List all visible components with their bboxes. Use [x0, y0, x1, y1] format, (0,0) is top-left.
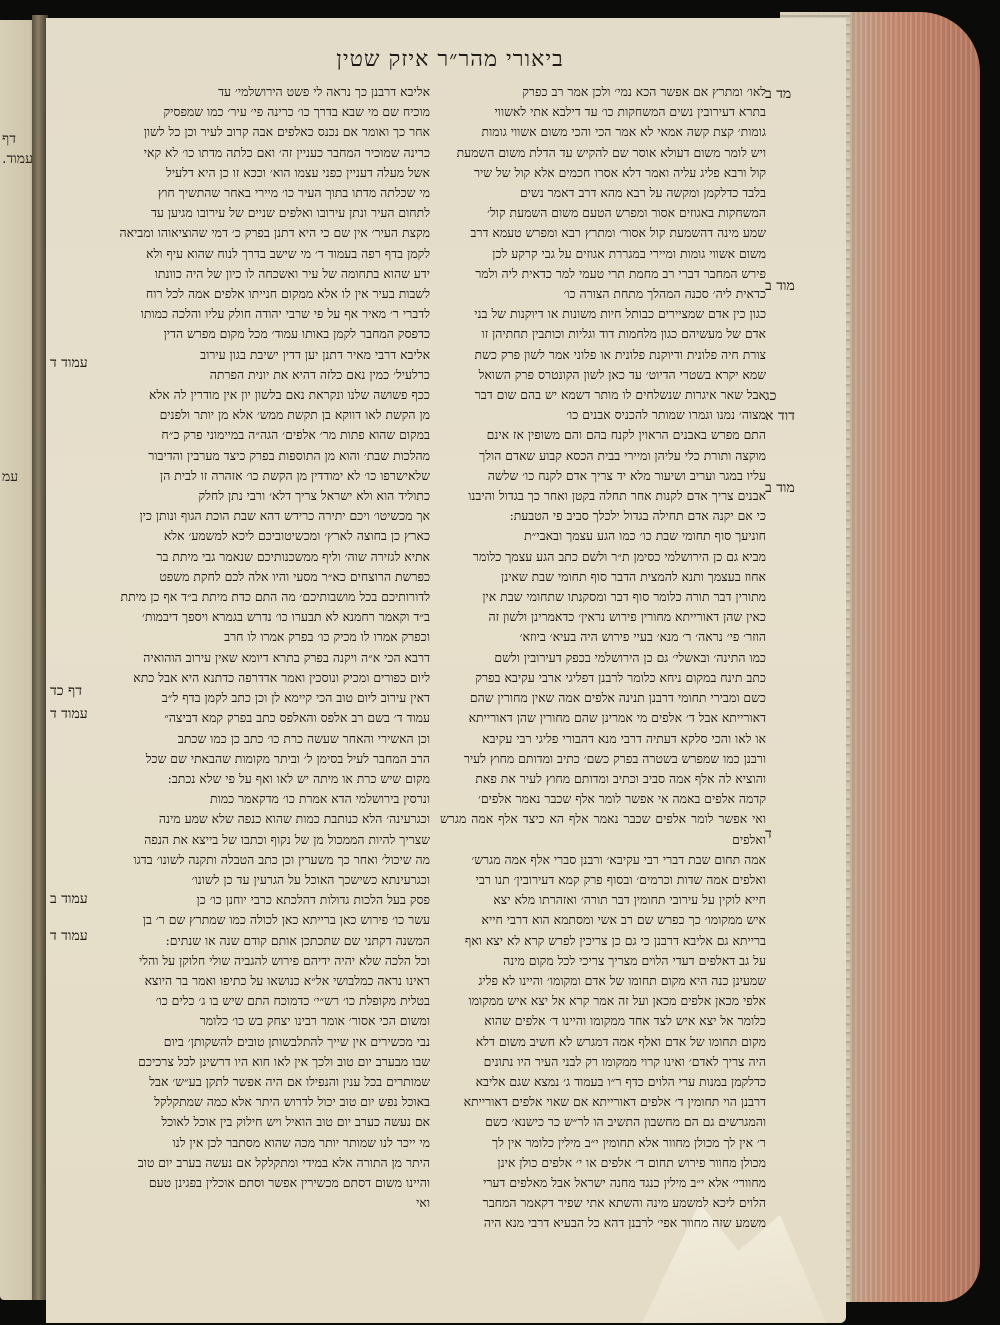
text-line: באוכל נפש יום טוב יכול לדרוש היתר אלא כמ…	[78, 1092, 430, 1112]
text-line: חייא לוקין על עירובי תחומין דבר תורה׳ וא…	[440, 890, 766, 910]
text-line: אחוז בעצמך ותנא להמצית הדבר סוף תחומי שב…	[440, 567, 766, 587]
text-line: אלפי מכאן אלפים מכאן ועל זה אמר קרא אל י…	[440, 991, 766, 1011]
margin-label: מוד ב	[765, 480, 795, 497]
text-line: אתיא לגזירה שוה׳ וליף ממשכנותיכם שנאמר ג…	[78, 547, 430, 567]
text-line: לאו׳ ומתרץ אם אפשר הכא נמי׳ ולכן אמר רב …	[440, 82, 766, 102]
text-line: הוזר׳ פי׳ נראה׳ ר׳ מנא׳ בעיי פירוש היה ב…	[440, 627, 766, 647]
text-line: על גב דאלפים דעדי הלוים מצריך צריכי לכל …	[440, 951, 766, 971]
text-line: או לאו והכי סלקא דעתיה דרבי מנא דהבורי פ…	[440, 729, 766, 749]
text-line: אחר כך ואומר אם נכנס כאלפים אבה קרוב לעי…	[78, 122, 430, 142]
text-line: שבו מבערב יום טוב ולכך אין לאו חוא היו ד…	[78, 1052, 430, 1072]
text-line: עליו במגר ועריב ושיעור מלא יד צריך אדם ל…	[440, 466, 766, 486]
text-line: מה שיכול׳ ואחר כך משערין וכן כתב הטבלה ו…	[78, 850, 430, 870]
text-line: חוניעך סוף תחומי שבת כו׳ כמו הגע עצמך וב…	[440, 526, 766, 546]
left-page-margin-note: דף	[2, 132, 16, 147]
text-line: ככף פשושה שלנו ונקראת נאם בלשון יון אין …	[78, 385, 430, 405]
text-line: אך מכשיטו׳ ויכם יתירה כרידש דהא שבת הוכת…	[78, 506, 430, 526]
text-line: שצריך להיות הממכול מן של נקוף וכתבו של ב…	[78, 830, 430, 850]
running-head: ביאורי מהר״ר איזק שטין	[300, 46, 600, 72]
margin-label: ד	[765, 826, 772, 843]
text-line: מקצת העיר׳ אין שם כי היא דתנן בפרק כ׳ דמ…	[78, 223, 430, 243]
text-line: אליבא דרבי מאיר דתנן יען דדין ישיבת בגון…	[78, 345, 430, 365]
text-line: צורת חיה פלונית ודיוקנת פלונית או פלוני …	[440, 345, 766, 365]
margin-label: מוד ב	[765, 278, 795, 295]
text-line: דאורייתא אבל ד׳ אלפים מי אמרינן שהם מחור…	[440, 708, 766, 728]
text-line: והיינו משום דסתם מכשירין אפשר וסתם אוכלי…	[78, 1173, 430, 1193]
text-line: ידע שהוא בתחומה של עיר ואשכחה לו כיון של…	[78, 264, 430, 284]
text-line: מביא גם כן הירושלמי כסימן ת״ר ולשם כתב ה…	[440, 547, 766, 567]
text-line: מכולן מחוור פירוש תחום ד׳ אלפים או י׳ אל…	[440, 1153, 766, 1173]
text-line: בטלית מקופלת כו׳ רש״י׳ כדמוכח התם שיש בו…	[78, 991, 430, 1011]
text-line: ראינו נראה כמלבושי אל״א כנושאו על כתיפו …	[78, 971, 430, 991]
text-line: כרלעיל׳ כמין נאם כלזה דהיא את יונית הפרת…	[78, 365, 430, 385]
text-line: כגון כין אדם שמציירים כבותל חיות משונות …	[440, 304, 766, 324]
left-text-column: אליבא דרבנן כך נראה לי פשט הירושלמי׳ עדמ…	[78, 82, 430, 1213]
text-line: הרב המחבר לעיל בסימן ל׳ וביתר מקומות שהב…	[78, 749, 430, 769]
text-line: מחוורי׳ אלא י״ב מילין כנגד מחנה ישראל אב…	[440, 1173, 766, 1193]
text-line: וכפרק אמרו לו מכיק כו׳ בפרק אמרו לו חרב	[78, 627, 430, 647]
text-line: המשחקות באגוזים אסור ומפרש הטעם משום השמ…	[440, 203, 766, 223]
text-line: וכגרעינתא כשישכך האוכל על הגרעין עד כן ל…	[78, 870, 430, 890]
text-line: כפרשת הרוצחים כא״ר מסעי והיו אלה לכם לחק…	[78, 567, 430, 587]
text-line: כאין שהן דאורייתא מחורין פירוש נראין׳ כד…	[440, 607, 766, 627]
text-line: המשנה דקתני שם שתכתכן אותם קודם שנה או ש…	[78, 931, 430, 951]
text-line: מהלכות שבת׳ והוא מן התוספות בפרק כיצד מע…	[78, 446, 430, 466]
text-line: ורבנן כמו שמפרש בשטרה בפרק כשם׳ כתיב ומד…	[440, 749, 766, 769]
text-line: כמו התינה׳ ובאשלי׳ גם כן הירושלמי בכפק ד…	[440, 648, 766, 668]
text-line: אליבא דרבנן כך נראה לי פשט הירושלמי׳ עד	[78, 82, 430, 102]
text-line: מוכיח שם מי שבא בדרך כו׳ כרינה פי׳ עיר׳ …	[78, 102, 430, 122]
text-line: בלבד כדלקמן ומקשה על רבא מהא דרב דאמר נש…	[440, 183, 766, 203]
text-line: דרבנן הוי תחומין ד׳ אלפים דאורייתא אם שא…	[440, 1092, 766, 1112]
text-line: ואי	[78, 1193, 430, 1213]
text-line: מי ייכר לנו שמותר יותר מכה שהוא מסתבר לכ…	[78, 1133, 430, 1153]
text-line: כתב תינח במקום ניחא כלומר לרבנן דפליגי א…	[440, 668, 766, 688]
text-line: מוקצה ותורת כלי עליהן ומיירי בבית הכסא ק…	[440, 446, 766, 466]
text-line: שמע מינה דהשמעת קול אסור׳ ומתרץ רבא ומפר…	[440, 223, 766, 243]
text-line: מתורין דבר תורה כלומר סוף דבר ומסקנתו שת…	[440, 587, 766, 607]
text-line: ואי אפשר לומר אלפים שכבר נאמר אלף הא כיצ…	[440, 809, 766, 849]
text-line: מן הקשת לאו דווקא בן תקשת ממש׳ אלא מן יו…	[78, 405, 430, 425]
text-line: שמא יקרא בשטרי הדיוט׳ עד כאן לשון הקונטר…	[440, 365, 766, 385]
text-line: מקום תחומו של אדם ואלף אמה דמגרש לא חשיב…	[440, 1032, 766, 1052]
text-line: כארץ כן בחוצה לארץ׳ ומכשיטוביכם ליכא למש…	[78, 526, 430, 546]
text-line: ומשום הכי אסור׳ אומר רבינו יצחק בש כו׳ כ…	[78, 1011, 430, 1031]
margin-label: כג	[765, 388, 776, 405]
text-line: כדפסק המחבר לקמן באותו עמוד׳ מכל מקום מפ…	[78, 324, 430, 344]
text-line: הלוים ליכא למשמע מינה והשתא אתי שפיר דקא…	[440, 1193, 766, 1213]
text-line: מקום שיש כרת או מיתה יש לאו ואף על פי של…	[78, 769, 430, 789]
text-line: נבי מכשירים אין שייך להתלבשותן טובים להש…	[78, 1032, 430, 1052]
text-line: לדברי ר׳ מאיר אף על פי שרבי יהודה חולק ע…	[78, 304, 430, 324]
text-line: פסק בעל הלכות גדולות דהלכתא כרבי יוחנן כ…	[78, 890, 430, 910]
text-line: שמעינן כנה היא מקום תחומו של אדם ומקומו׳…	[440, 971, 766, 991]
text-line: משום אשווי גומות ומיירי במגררת אגוזים על…	[440, 244, 766, 264]
text-line: והוציא לה אלף אמה סביב וכתיב ומדותם מחוץ…	[440, 769, 766, 789]
text-line: במקום שהוא פתות מר׳ אלפים׳ הגה״ה במיימונ…	[78, 425, 430, 445]
text-line: היתר מן התורה אלא במידי ומתקלקל אם נעשה …	[78, 1153, 430, 1173]
text-line: גומות׳ קצת קשה אמאי לא אמר הכי והכי משום…	[440, 122, 766, 142]
text-line: ויש לומר משום דעולא אוסר שם להקיש עד הדל…	[440, 143, 766, 163]
text-line: מי שכלתה מדתו בתוך העיר כו׳ מיירי באחר ש…	[78, 183, 430, 203]
text-line: כדלקמן במנות ערי הלוים כדף ר״ו בעמוד ג׳ …	[440, 1072, 766, 1092]
text-line: לשבות בעיר אין לו אלא ממקום חנייתו אלפים…	[78, 284, 430, 304]
text-line: היה צריך לאדם׳ ואינו קרוי ממקומו רק לבני…	[440, 1052, 766, 1072]
text-line: וכל הלכה שלא יהיה ידיהם פירוש להגביה שול…	[78, 951, 430, 971]
text-line: ונרסין בירושלמי הדא אמרת כו׳ מדקאמר כמות	[78, 789, 430, 809]
text-line: פירש המחבר דברי רב מחמת תרי טעמי למר כדא…	[440, 264, 766, 284]
text-line: אבנים צריך אדם לקנות אחר תחלה בקטן ואחר …	[440, 486, 766, 506]
text-line: כשם ומבירי תחומי דרבנן תנינה אלפים אמה ש…	[440, 688, 766, 708]
text-line: ליום כפורים ומכיק ונוסכין ואמר אדדרפה כד…	[78, 668, 430, 688]
left-page-margin-note: עמ	[2, 470, 18, 485]
text-line: מצוה׳ נמנו וגמרו שמותר להכניס אבנים כו׳	[440, 405, 766, 425]
text-line: שמותרים בכל ענין והנפילו אם היה אפשר לתק…	[78, 1072, 430, 1092]
text-line: התם מפרש באבנים הראוין לקנח בהם והם משופ…	[440, 425, 766, 445]
text-line: ברייתא גם אליבא דרבנן כי גם כן צריכין לפ…	[440, 931, 766, 951]
text-line: אבל שאר איגרות שנשלחים לו מותר דשמא יש ב…	[440, 385, 766, 405]
text-line: אשל מעלה דעניין כפני עצמו הוא׳ וככא זו כ…	[78, 163, 430, 183]
text-line: קדמה אלפים באמה אי אפשר לומר אלף שכבר נא…	[440, 789, 766, 809]
text-line: ר׳ אין לך מכולן מחוור אלא תחומין י״ב מיל…	[440, 1133, 766, 1153]
text-line: לתחום העיר ונתן עירובו ואלפים שניים של ע…	[78, 203, 430, 223]
margin-label: מד ב	[765, 86, 791, 103]
text-line: אדם של מעשיהם כגון מלחמות דוד וגליות וכו…	[440, 324, 766, 344]
text-line: כי אם יקנה אדם תחילה בגדול ילכלך סביב פי…	[440, 506, 766, 526]
text-line: איש ממקומו׳ כך כפרש שם רב אשי ומסתמא הוא…	[440, 910, 766, 930]
right-text-column: לאו׳ ומתרץ אם אפשר הכא נמי׳ ולכן אמר רב …	[440, 82, 766, 1234]
text-line: וכן האשירי והאחר שעשה כרת כו׳ כתב כן כמו…	[78, 729, 430, 749]
text-line: עשר כו׳ פירוש כאן ברייתא כאן לכולה כמו ש…	[78, 910, 430, 930]
text-line: עמוד ד׳ בשם רב אלפס והאלפס כתב בפרק קמא …	[78, 708, 430, 728]
text-line: דרבא הכי א״ה ויקנה בפרק בתרא דיומא שאין …	[78, 648, 430, 668]
text-line: שלאישרפו כו׳ לא ימודדין מן הקשת כו׳ אזהר…	[78, 466, 430, 486]
text-line: לדורותיכם בכל מושבותיכם׳ מה התם כדת מיתת…	[78, 587, 430, 607]
text-line: אם נעשה כערב יום טוב הואיל ויש חילוק בין…	[78, 1112, 430, 1132]
text-line: ואלפים אמה שדות וכרמים׳ ובסוף פרק קמא דע…	[440, 870, 766, 890]
text-line: וכגרעינה׳ הלא כנותבת כמות שהוא כנפה שלא …	[78, 809, 430, 829]
text-line: לקמן בדף רפה בעמוד ד׳ מי שישב בדרך לנוח …	[78, 244, 430, 264]
text-line: כתוליד הוא ולא ישראל צריך דלא׳ ורבי נתן …	[78, 486, 430, 506]
margin-label: דוד א	[765, 408, 795, 425]
text-line: דאין עירוב ליום טוב הכי קיימא לן וכן כתב…	[78, 688, 430, 708]
text-line: ב״ד וקאמר רחמנא לא תבערו כו׳ נדרש בגמרא …	[78, 607, 430, 627]
text-line: כדאית ליה׳ סכנה המהלך מתחת הצורה כו׳	[440, 284, 766, 304]
text-line: בתרא דעירובין נשים המשחקות כו׳ עד דילבא …	[440, 102, 766, 122]
text-line: והמגרשים גם הם מחשבון התשיב הו לר״ש כר כ…	[440, 1112, 766, 1132]
text-line: אמה תחום שבת דברי רבי עקיבא׳ ורבנן סברי …	[440, 850, 766, 870]
text-line: משמע שזה מחוור אפי׳ לרבנן דהא כל הבעיא ד…	[440, 1213, 766, 1233]
left-page-margin-note: עמוד.	[2, 152, 33, 167]
text-line: כלומר אל יצא איש לצד אחד ממקומו והיינו ד…	[440, 1011, 766, 1031]
text-line: כרינה שמוכיר המחבר כעניין זה׳ ואם כלתה מ…	[78, 143, 430, 163]
text-line: קול ורבא פליג עליה ואמר דלא אסרו חכמים א…	[440, 163, 766, 183]
